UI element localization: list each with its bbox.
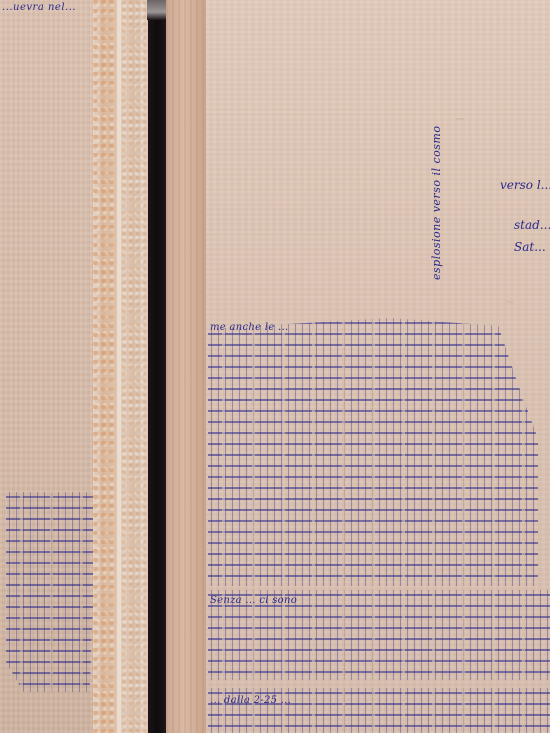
plywood-edge <box>166 0 206 733</box>
paragraph-3-start: ... dalla 2-25 ... <box>210 695 291 706</box>
left-handwriting-block <box>6 492 94 692</box>
paragraph-1-start: me anche le ... <box>210 322 288 333</box>
top-left-handwriting: ...uevra nel... <box>2 2 76 13</box>
particleboard-edge <box>93 0 117 733</box>
particleboard-edge-2 <box>121 0 147 733</box>
main-handwriting-block-1 <box>208 318 538 586</box>
side-note-1: verso l... <box>500 178 550 192</box>
dark-gap <box>148 0 166 733</box>
side-note-3: Sat... <box>514 240 546 254</box>
vertical-handwritten-note: esplosione verso il cosmo <box>430 126 443 280</box>
faint-mark: ~ <box>455 112 465 126</box>
faint-mark: ~ <box>505 295 515 309</box>
photo-scene: ...uevra nel... ~ ~ esplosione verso il … <box>0 0 550 733</box>
paragraph-2-start: Senza ... ci sono <box>210 595 297 606</box>
side-note-2: stad... <box>514 218 550 232</box>
